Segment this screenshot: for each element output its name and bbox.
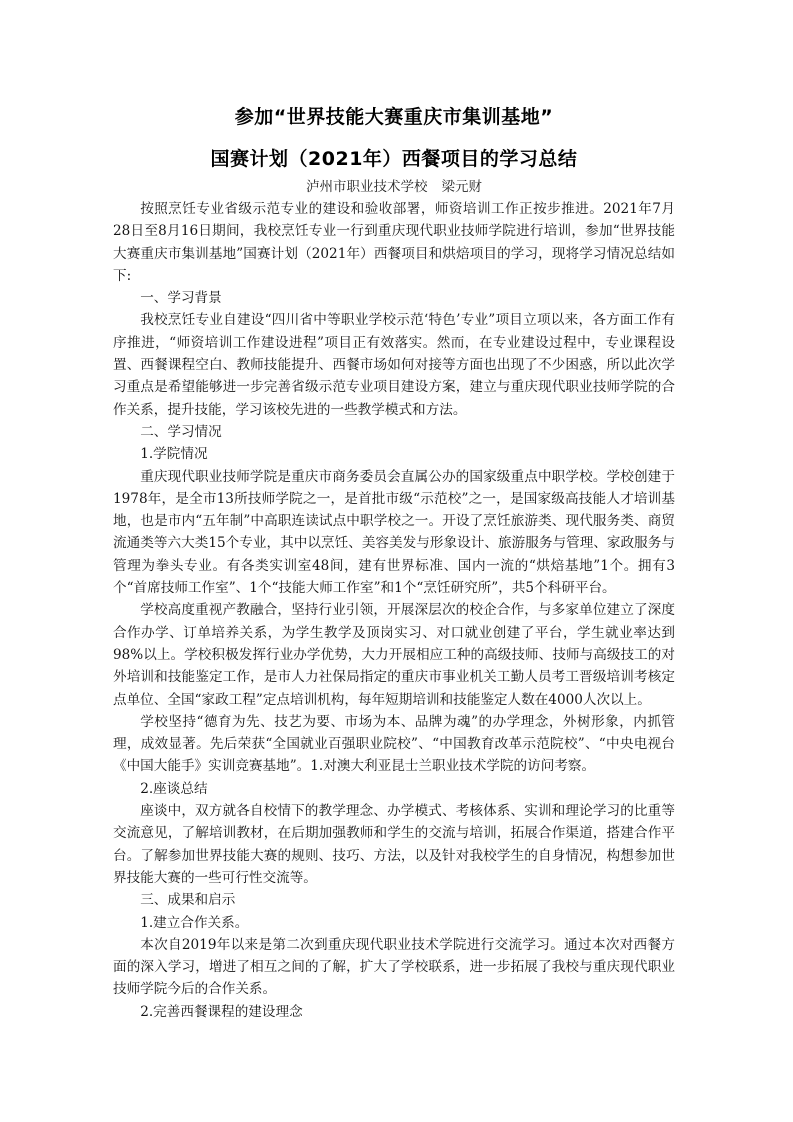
- background-paragraph: 我校烹饪专业自建设“四川省中等职业学校示范‘特色’专业”项目立项以来，各方面工作…: [113, 309, 675, 420]
- section-heading-study: 二、学习情况: [113, 421, 675, 443]
- document-page: 参加“世界技能大赛重庆市集训基地” 国赛计划（2021年）西餐项目的学习总结 泸…: [113, 100, 675, 1023]
- subsection-heading-cooperation: 1.建立合作关系。: [113, 912, 675, 934]
- byline-author: 梁元财: [442, 179, 483, 195]
- subsection-heading-symposium: 2.座谈总结: [113, 778, 675, 800]
- section-heading-results: 三、成果和启示: [113, 889, 675, 911]
- college-paragraph-1: 重庆现代职业技师学院是重庆市商务委员会直属公办的国家级重点中职学校。学校创建于1…: [113, 466, 675, 600]
- section-heading-background: 一、学习背景: [113, 287, 675, 309]
- byline: 泸州市职业技术学校梁元财: [113, 176, 675, 198]
- subsection-heading-college: 1.学院情况: [113, 443, 675, 465]
- document-title-line-1: 参加“世界技能大赛重庆市集训基地”: [113, 102, 675, 132]
- cooperation-paragraph: 本次自2019年以来是第二次到重庆现代职业技术学院进行交流学习。通过本次对西餐方…: [113, 934, 675, 1001]
- symposium-paragraph: 座谈中，双方就各自校情下的教学理念、办学模式、考核体系、实训和理论学习的比重等交…: [113, 800, 675, 889]
- intro-paragraph: 按照烹饪专业省级示范专业的建设和验收部署，师资培训工作正按步推进。2021年7月…: [113, 198, 675, 287]
- subsection-heading-curriculum: 2.完善西餐课程的建设理念: [113, 1001, 675, 1023]
- college-paragraph-2: 学校高度重视产教融合，坚持行业引领，开展深层次的校企合作，与多家单位建立了深度合…: [113, 599, 675, 710]
- byline-school: 泸州市职业技术学校: [306, 179, 428, 195]
- document-title-line-2: 国赛计划（2021年）西餐项目的学习总结: [113, 144, 675, 174]
- college-paragraph-3: 学校坚持“德育为先、技艺为要、市场为本、品牌为魂”的办学理念，外树形象，内抓管理…: [113, 711, 675, 778]
